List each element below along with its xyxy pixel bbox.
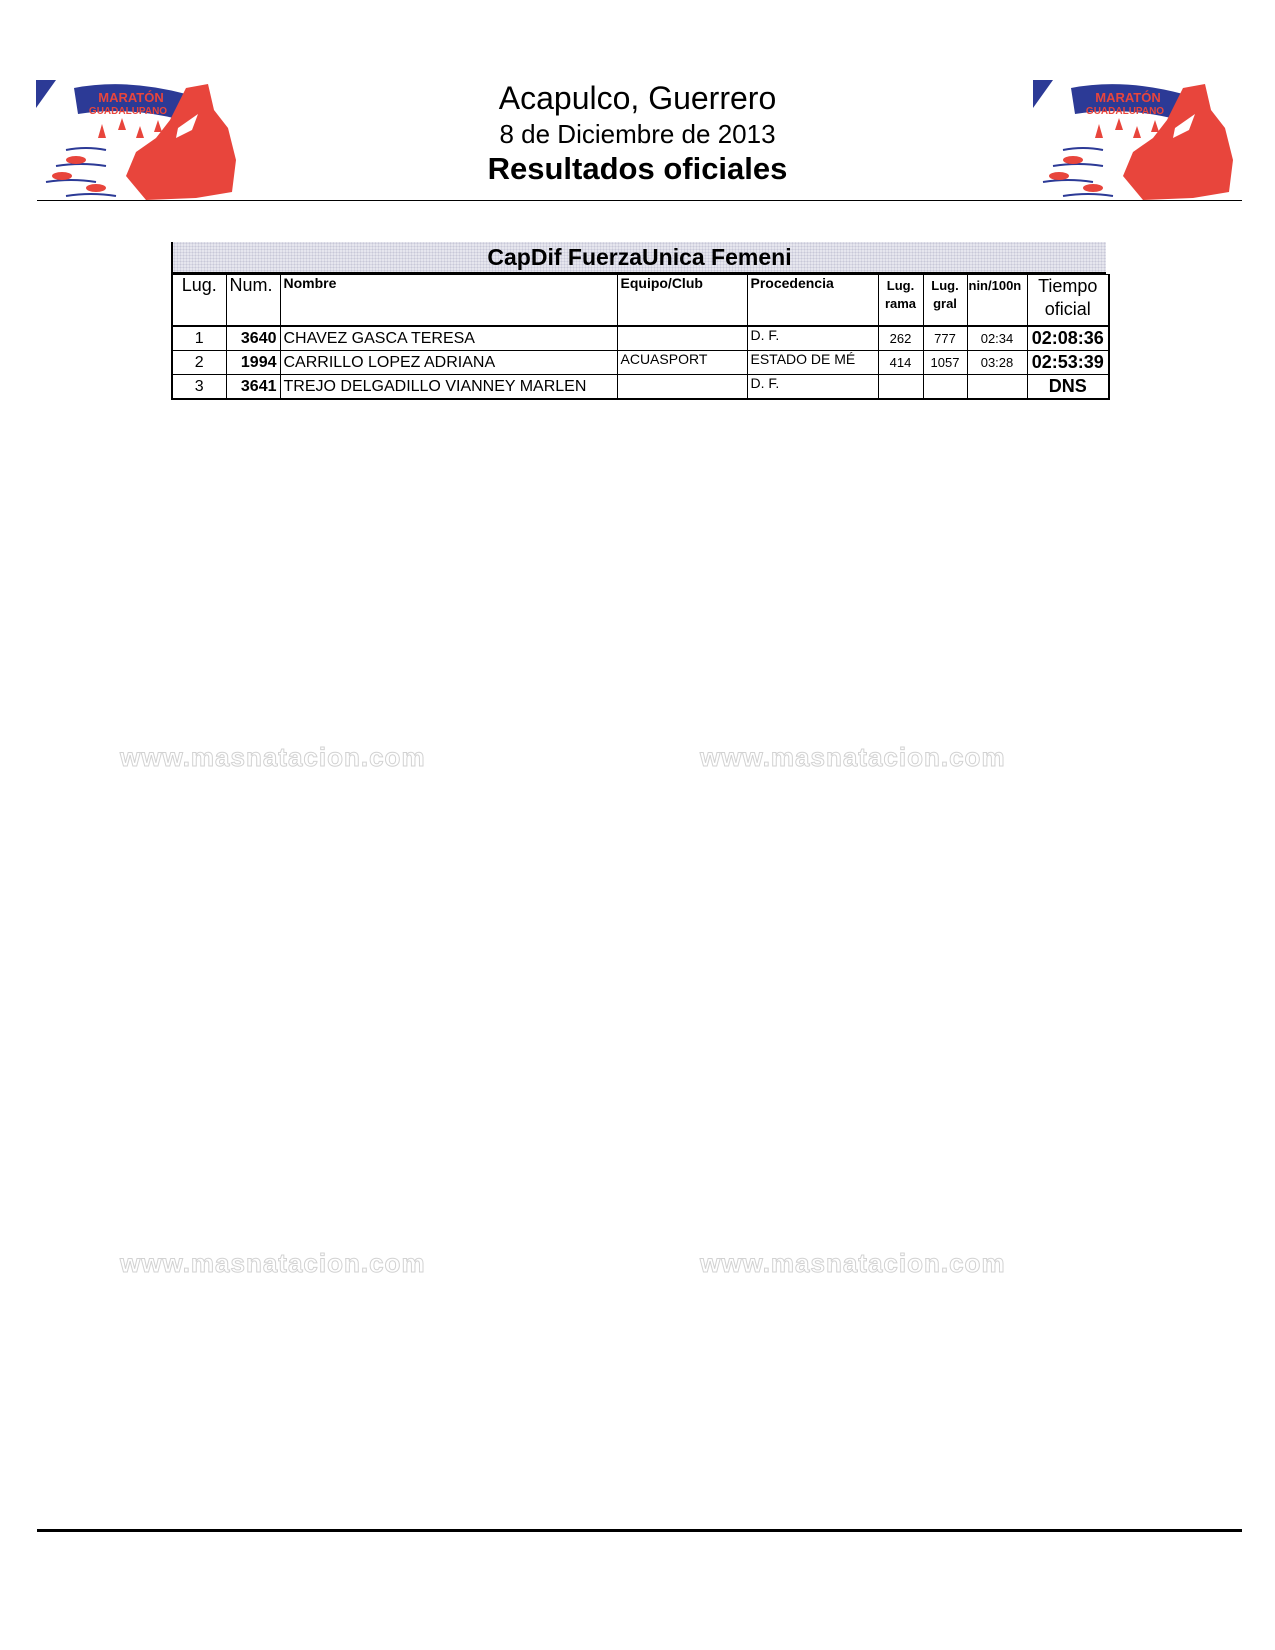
cell-num: 3640 [226, 326, 280, 351]
cell-nombre: CARRILLO LOPEZ ADRIANA [280, 351, 617, 375]
col-header-nombre: Nombre [280, 275, 617, 327]
cell-lug: 3 [172, 375, 226, 400]
table-row: 2 1994 CARRILLO LOPEZ ADRIANA ACUASPORT … [172, 351, 1109, 375]
col-header-lug-gral-line2: gral [933, 296, 957, 311]
table-row: 1 3640 CHAVEZ GASCA TERESA D. F. 262 777… [172, 326, 1109, 351]
col-header-procedencia: Procedencia [747, 275, 878, 327]
col-header-lug-rama-line1: Lug. [887, 278, 914, 293]
cell-lug-gral: 1057 [923, 351, 967, 375]
cell-tiempo: DNS [1027, 375, 1109, 400]
cell-tiempo: 02:08:36 [1027, 326, 1109, 351]
cell-lug-rama [878, 375, 923, 400]
col-header-equipo: Equipo/Club [617, 275, 747, 327]
col-header-tiempo-line2: oficial [1045, 299, 1091, 319]
header-date: 8 de Diciembre de 2013 [0, 119, 1275, 150]
watermark: www.masnatacion.com [120, 742, 426, 773]
page-title: Resultados oficiales [0, 151, 1275, 187]
cell-num: 1994 [226, 351, 280, 375]
cell-equipo: ACUASPORT [617, 351, 747, 375]
col-header-tiempo-line1: Tiempo [1038, 276, 1097, 296]
watermark: www.masnatacion.com [700, 742, 1006, 773]
col-header-lug-gral-line1: Lug. [931, 278, 958, 293]
cell-ritmo: 02:34 [967, 326, 1027, 351]
cell-equipo [617, 375, 747, 400]
cell-ritmo: 03:28 [967, 351, 1027, 375]
cell-ritmo [967, 375, 1027, 400]
cell-nombre: TREJO DELGADILLO VIANNEY MARLEN [280, 375, 617, 400]
watermark: www.masnatacion.com [700, 1248, 1006, 1279]
footer-divider [37, 1529, 1242, 1532]
col-header-ritmo: nin/100n [967, 275, 1027, 327]
cell-nombre: CHAVEZ GASCA TERESA [280, 326, 617, 351]
category-title: CapDif FuerzaUnica Femeni [171, 242, 1106, 274]
cell-lug: 1 [172, 326, 226, 351]
results-table-container: CapDif FuerzaUnica Femeni Lug. Num. Nomb… [171, 242, 1106, 400]
cell-lug-gral: 777 [923, 326, 967, 351]
table-header-row: Lug. Num. Nombre Equipo/Club Procedencia… [172, 275, 1109, 327]
cell-lug-gral [923, 375, 967, 400]
header-divider [37, 200, 1242, 201]
cell-lug: 2 [172, 351, 226, 375]
cell-procedencia: ESTADO DE MÉ [747, 351, 878, 375]
col-header-lug-rama-line2: rama [885, 296, 916, 311]
col-header-lug-rama: Lug. rama [878, 275, 923, 327]
col-header-num: Num. [226, 275, 280, 327]
cell-num: 3641 [226, 375, 280, 400]
cell-equipo [617, 326, 747, 351]
watermark: www.masnatacion.com [120, 1248, 426, 1279]
col-header-tiempo: Tiempo oficial [1027, 275, 1109, 327]
cell-procedencia: D. F. [747, 375, 878, 400]
table-row: 3 3641 TREJO DELGADILLO VIANNEY MARLEN D… [172, 375, 1109, 400]
cell-lug-rama: 262 [878, 326, 923, 351]
cell-procedencia: D. F. [747, 326, 878, 351]
results-table: Lug. Num. Nombre Equipo/Club Procedencia… [171, 274, 1110, 400]
col-header-lug: Lug. [172, 275, 226, 327]
cell-tiempo: 02:53:39 [1027, 351, 1109, 375]
cell-lug-rama: 414 [878, 351, 923, 375]
col-header-lug-gral: Lug. gral [923, 275, 967, 327]
header-city: Acapulco, Guerrero [0, 80, 1275, 117]
